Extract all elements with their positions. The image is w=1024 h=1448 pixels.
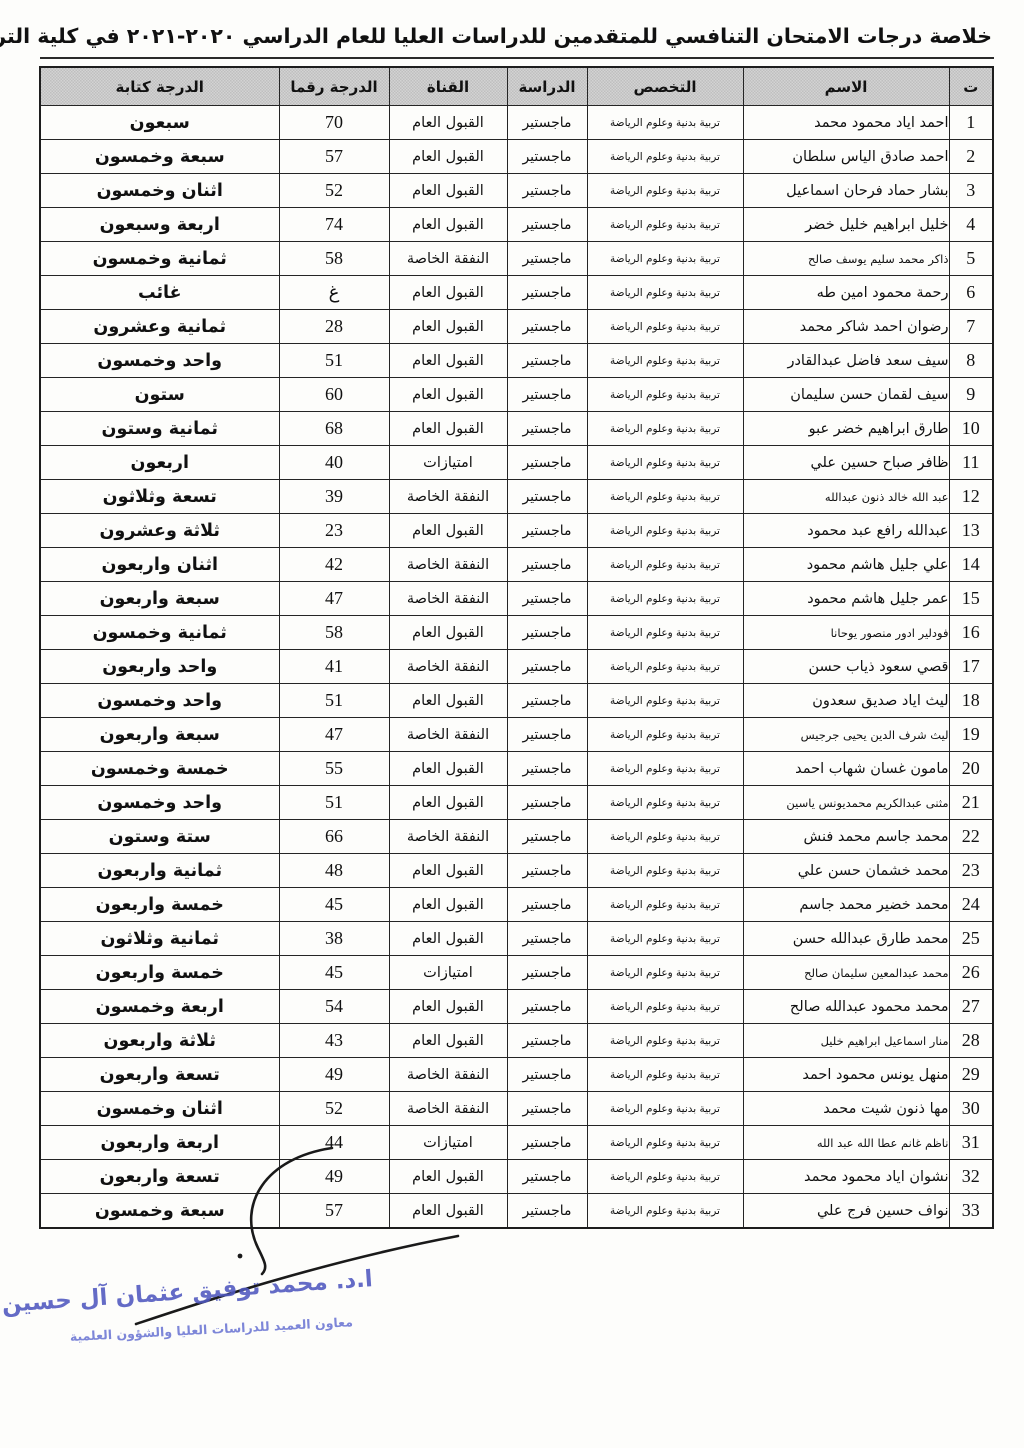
cell-row-number: 22 [949,820,993,854]
cell-channel: القبول العام [389,174,507,208]
cell-specialization: تربية بدنية وعلوم الرياضة [587,786,743,820]
cell-specialization: تربية بدنية وعلوم الرياضة [587,956,743,990]
cell-score-words: ثمانية وخمسون [40,616,279,650]
cell-score-words: ثمانية وخمسون [40,242,279,276]
cell-specialization: تربية بدنية وعلوم الرياضة [587,106,743,140]
cell-name: طارق ابراهيم خضر عبو [743,412,949,446]
cell-channel: النفقة الخاصة [389,548,507,582]
cell-row-number: 16 [949,616,993,650]
cell-name: ليث اياد صديق سعدون [743,684,949,718]
cell-name: محمد محمود عبدالله صالح [743,990,949,1024]
cell-row-number: 30 [949,1092,993,1126]
cell-name: خليل ابراهيم خليل خضر [743,208,949,242]
cell-name: احمد اياد محمود محمد [743,106,949,140]
document-title: خلاصة درجات الامتحان التنافسي للمتقدمين … [42,24,992,48]
cell-score-words: تسعة واربعون [40,1160,279,1194]
table-row: 29 منهل يونس محمود احمد تربية بدنية وعلو… [40,1058,993,1092]
cell-score-number: 41 [279,650,389,684]
cell-score-words: اربعون [40,446,279,480]
cell-row-number: 25 [949,922,993,956]
cell-channel: القبول العام [389,106,507,140]
col-header-name: الاسم [743,67,949,106]
cell-name: منهل يونس محمود احمد [743,1058,949,1092]
cell-row-number: 3 [949,174,993,208]
cell-score-words: واحد وخمسون [40,684,279,718]
cell-channel: النفقة الخاصة [389,242,507,276]
cell-score-words: سبعة واربعون [40,582,279,616]
cell-specialization: تربية بدنية وعلوم الرياضة [587,310,743,344]
cell-name: مها ذنون شيت محمد [743,1092,949,1126]
cell-score-number: 57 [279,1194,389,1229]
cell-name: منار اسماعيل ابراهيم خليل [743,1024,949,1058]
table-row: 11 ظافر صباح حسين علي تربية بدنية وعلوم … [40,446,993,480]
cell-channel: النفقة الخاصة [389,480,507,514]
cell-degree: ماجستير [507,752,587,786]
cell-score-words: ثلاثة وعشرون [40,514,279,548]
cell-specialization: تربية بدنية وعلوم الرياضة [587,684,743,718]
cell-name: محمد عبدالمعين سليمان صالح [743,956,949,990]
cell-degree: ماجستير [507,820,587,854]
cell-score-words: ستون [40,378,279,412]
cell-degree: ماجستير [507,616,587,650]
cell-row-number: 5 [949,242,993,276]
cell-channel: القبول العام [389,616,507,650]
cell-score-number: 23 [279,514,389,548]
cell-specialization: تربية بدنية وعلوم الرياضة [587,1058,743,1092]
cell-score-number: 57 [279,140,389,174]
cell-degree: ماجستير [507,888,587,922]
cell-score-number: 28 [279,310,389,344]
cell-score-words: اثنان وخمسون [40,174,279,208]
table-row: 27 محمد محمود عبدالله صالح تربية بدنية و… [40,990,993,1024]
cell-specialization: تربية بدنية وعلوم الرياضة [587,208,743,242]
cell-score-number: 68 [279,412,389,446]
cell-row-number: 1 [949,106,993,140]
cell-score-number: 44 [279,1126,389,1160]
cell-specialization: تربية بدنية وعلوم الرياضة [587,174,743,208]
title-underline: خلاصة درجات الامتحان التنافسي للمتقدمين … [40,22,994,59]
cell-specialization: تربية بدنية وعلوم الرياضة [587,990,743,1024]
table-row: 13 عبدالله رافع عبد محمود تربية بدنية وع… [40,514,993,548]
cell-degree: ماجستير [507,1024,587,1058]
cell-specialization: تربية بدنية وعلوم الرياضة [587,446,743,480]
cell-specialization: تربية بدنية وعلوم الرياضة [587,922,743,956]
cell-degree: ماجستير [507,854,587,888]
cell-degree: ماجستير [507,990,587,1024]
cell-channel: القبول العام [389,344,507,378]
cell-degree: ماجستير [507,718,587,752]
cell-score-words: واحد وخمسون [40,786,279,820]
cell-score-number: 42 [279,548,389,582]
cell-specialization: تربية بدنية وعلوم الرياضة [587,140,743,174]
cell-score-words: سبعة وخمسون [40,1194,279,1229]
cell-specialization: تربية بدنية وعلوم الرياضة [587,514,743,548]
cell-row-number: 23 [949,854,993,888]
table-row: 1 احمد اياد محمود محمد تربية بدنية وعلوم… [40,106,993,140]
table-row: 31 ناظم غانم عطا الله عبد الله تربية بدن… [40,1126,993,1160]
cell-specialization: تربية بدنية وعلوم الرياضة [587,1194,743,1229]
cell-degree: ماجستير [507,446,587,480]
cell-name: عبدالله رافع عبد محمود [743,514,949,548]
cell-score-number: غ [279,276,389,310]
table-row: 4 خليل ابراهيم خليل خضر تربية بدنية وعلو… [40,208,993,242]
cell-degree: ماجستير [507,582,587,616]
table-row: 30 مها ذنون شيت محمد تربية بدنية وعلوم ا… [40,1092,993,1126]
cell-name: ليث شرف الدين يحيى جرجيس [743,718,949,752]
cell-score-number: 51 [279,786,389,820]
cell-channel: القبول العام [389,854,507,888]
cell-channel: القبول العام [389,514,507,548]
cell-score-words: ثلاثة واربعون [40,1024,279,1058]
cell-channel: النفقة الخاصة [389,650,507,684]
table-row: 15 عمر جليل هاشم محمود تربية بدنية وعلوم… [40,582,993,616]
table-row: 22 محمد جاسم محمد فنش تربية بدنية وعلوم … [40,820,993,854]
cell-name: محمد خشمان حسن علي [743,854,949,888]
cell-score-number: 47 [279,582,389,616]
cell-channel: النفقة الخاصة [389,1058,507,1092]
cell-score-number: 39 [279,480,389,514]
cell-degree: ماجستير [507,1058,587,1092]
cell-row-number: 29 [949,1058,993,1092]
cell-name: سيف لقمان حسن سليمان [743,378,949,412]
cell-specialization: تربية بدنية وعلوم الرياضة [587,888,743,922]
cell-specialization: تربية بدنية وعلوم الرياضة [587,854,743,888]
cell-score-number: 66 [279,820,389,854]
page: خلاصة درجات الامتحان التنافسي للمتقدمين … [0,0,1024,1448]
results-table-body: 1 احمد اياد محمود محمد تربية بدنية وعلوم… [40,106,993,1229]
table-row: 7 رضوان احمد شاكر محمد تربية بدنية وعلوم… [40,310,993,344]
cell-row-number: 31 [949,1126,993,1160]
cell-degree: ماجستير [507,650,587,684]
cell-score-words: اربعة واربعون [40,1126,279,1160]
cell-channel: القبول العام [389,752,507,786]
cell-name: رضوان احمد شاكر محمد [743,310,949,344]
cell-score-number: 54 [279,990,389,1024]
table-row: 19 ليث شرف الدين يحيى جرجيس تربية بدنية … [40,718,993,752]
cell-score-words: ستة وستون [40,820,279,854]
cell-degree: ماجستير [507,1126,587,1160]
cell-specialization: تربية بدنية وعلوم الرياضة [587,548,743,582]
cell-degree: ماجستير [507,514,587,548]
cell-row-number: 28 [949,1024,993,1058]
cell-specialization: تربية بدنية وعلوم الرياضة [587,344,743,378]
cell-specialization: تربية بدنية وعلوم الرياضة [587,650,743,684]
cell-score-number: 74 [279,208,389,242]
content-area: خلاصة درجات الامتحان التنافسي للمتقدمين … [0,0,1024,1229]
table-row: 10 طارق ابراهيم خضر عبو تربية بدنية وعلو… [40,412,993,446]
cell-degree: ماجستير [507,480,587,514]
cell-specialization: تربية بدنية وعلوم الرياضة [587,480,743,514]
cell-score-words: خمسة واربعون [40,888,279,922]
header-row: ت الاسم التخصص الدراسة القناة الدرجة رقم… [40,67,993,106]
cell-score-words: ثمانية وستون [40,412,279,446]
cell-name: فودلير ادور منصور يوحانا [743,616,949,650]
cell-degree: ماجستير [507,276,587,310]
cell-score-number: 48 [279,854,389,888]
cell-specialization: تربية بدنية وعلوم الرياضة [587,616,743,650]
cell-specialization: تربية بدنية وعلوم الرياضة [587,276,743,310]
cell-channel: امتيازات [389,956,507,990]
table-row: 18 ليث اياد صديق سعدون تربية بدنية وعلوم… [40,684,993,718]
cell-name: محمد طارق عبدالله حسن [743,922,949,956]
cell-score-words: سبعة وخمسون [40,140,279,174]
cell-row-number: 17 [949,650,993,684]
cell-channel: النفقة الخاصة [389,582,507,616]
cell-row-number: 9 [949,378,993,412]
cell-channel: القبول العام [389,310,507,344]
table-row: 25 محمد طارق عبدالله حسن تربية بدنية وعل… [40,922,993,956]
cell-row-number: 14 [949,548,993,582]
cell-row-number: 18 [949,684,993,718]
table-row: 2 احمد صادق الياس سلطان تربية بدنية وعلو… [40,140,993,174]
cell-row-number: 6 [949,276,993,310]
cell-channel: القبول العام [389,276,507,310]
results-table: ت الاسم التخصص الدراسة القناة الدرجة رقم… [39,66,994,1229]
table-row: 12 عبد الله خالد ذنون عبدالله تربية بدني… [40,480,993,514]
cell-name: سيف سعد فاضل عبدالقادر [743,344,949,378]
cell-degree: ماجستير [507,786,587,820]
cell-specialization: تربية بدنية وعلوم الرياضة [587,412,743,446]
cell-degree: ماجستير [507,174,587,208]
table-row: 23 محمد خشمان حسن علي تربية بدنية وعلوم … [40,854,993,888]
cell-score-words: تسعة واربعون [40,1058,279,1092]
cell-score-words: خمسة وخمسون [40,752,279,786]
cell-channel: القبول العام [389,786,507,820]
table-row: 26 محمد عبدالمعين سليمان صالح تربية بدني… [40,956,993,990]
cell-score-words: اثنان وخمسون [40,1092,279,1126]
cell-name: عمر جليل هاشم محمود [743,582,949,616]
cell-row-number: 26 [949,956,993,990]
cell-name: محمد خضير محمد جاسم [743,888,949,922]
cell-channel: القبول العام [389,922,507,956]
cell-score-number: 38 [279,922,389,956]
cell-degree: ماجستير [507,1194,587,1229]
cell-score-words: اثنان واربعون [40,548,279,582]
cell-row-number: 20 [949,752,993,786]
cell-specialization: تربية بدنية وعلوم الرياضة [587,378,743,412]
cell-score-words: سبعة واربعون [40,718,279,752]
cell-name: بشار حماد فرحان اسماعيل [743,174,949,208]
cell-channel: النفقة الخاصة [389,1092,507,1126]
col-header-score-words: الدرجة كتابة [40,67,279,106]
table-row: 8 سيف سعد فاضل عبدالقادر تربية بدنية وعل… [40,344,993,378]
cell-score-number: 58 [279,616,389,650]
cell-channel: القبول العام [389,1194,507,1229]
cell-specialization: تربية بدنية وعلوم الرياضة [587,242,743,276]
table-row: 21 مثنى عبدالكريم محمديونس ياسين تربية ب… [40,786,993,820]
cell-score-number: 47 [279,718,389,752]
cell-channel: القبول العام [389,412,507,446]
cell-channel: القبول العام [389,990,507,1024]
table-row: 16 فودلير ادور منصور يوحانا تربية بدنية … [40,616,993,650]
cell-row-number: 10 [949,412,993,446]
cell-score-number: 40 [279,446,389,480]
col-header-degree: الدراسة [507,67,587,106]
cell-row-number: 13 [949,514,993,548]
cell-name: ظافر صباح حسين علي [743,446,949,480]
table-row: 17 قصي سعود ذياب حسن تربية بدنية وعلوم ا… [40,650,993,684]
cell-score-words: اربعة وسبعون [40,208,279,242]
cell-name: قصي سعود ذياب حسن [743,650,949,684]
cell-specialization: تربية بدنية وعلوم الرياضة [587,1160,743,1194]
cell-score-number: 55 [279,752,389,786]
cell-name: نواف حسين فرج علي [743,1194,949,1229]
cell-score-number: 43 [279,1024,389,1058]
cell-specialization: تربية بدنية وعلوم الرياضة [587,582,743,616]
cell-row-number: 32 [949,1160,993,1194]
cell-score-words: تسعة وثلاثون [40,480,279,514]
cell-row-number: 4 [949,208,993,242]
cell-degree: ماجستير [507,208,587,242]
col-header-score: الدرجة رقما [279,67,389,106]
cell-row-number: 8 [949,344,993,378]
signature-dot [238,1254,243,1259]
cell-degree: ماجستير [507,684,587,718]
cell-channel: القبول العام [389,888,507,922]
cell-score-words: ثمانية وثلاثون [40,922,279,956]
col-header-no: ت [949,67,993,106]
table-row: 5 ذاكر محمد سليم يوسف صالح تربية بدنية و… [40,242,993,276]
table-row: 3 بشار حماد فرحان اسماعيل تربية بدنية وع… [40,174,993,208]
cell-score-words: ثمانية وعشرون [40,310,279,344]
table-row: 6 رحمة محمود امين طه تربية بدنية وعلوم ا… [40,276,993,310]
signature-stamp-role: معاون العميد للدراسات العليا والشؤون الع… [95,1314,353,1342]
table-row: 24 محمد خضير محمد جاسم تربية بدنية وعلوم… [40,888,993,922]
cell-channel: القبول العام [389,140,507,174]
cell-score-number: 70 [279,106,389,140]
cell-degree: ماجستير [507,412,587,446]
cell-score-number: 49 [279,1160,389,1194]
cell-channel: القبول العام [389,208,507,242]
cell-score-words: ثمانية واربعون [40,854,279,888]
cell-row-number: 33 [949,1194,993,1229]
signature-stamp-name: ا.د. محمد توفيق عثمان آل حسين اغا [87,1266,373,1312]
cell-score-words: خمسة واربعون [40,956,279,990]
cell-score-words: سبعون [40,106,279,140]
cell-score-number: 52 [279,1092,389,1126]
cell-row-number: 21 [949,786,993,820]
cell-channel: النفقة الخاصة [389,820,507,854]
cell-row-number: 2 [949,140,993,174]
table-row: 33 نواف حسين فرج علي تربية بدنية وعلوم ا… [40,1194,993,1229]
cell-name: احمد صادق الياس سلطان [743,140,949,174]
table-row: 28 منار اسماعيل ابراهيم خليل تربية بدنية… [40,1024,993,1058]
cell-name: مامون غسان شهاب احمد [743,752,949,786]
cell-name: رحمة محمود امين طه [743,276,949,310]
cell-name: نشوان اياد محمود محمد [743,1160,949,1194]
cell-score-words: اربعة وخمسون [40,990,279,1024]
cell-row-number: 27 [949,990,993,1024]
cell-channel: القبول العام [389,1160,507,1194]
cell-specialization: تربية بدنية وعلوم الرياضة [587,1092,743,1126]
cell-name: عبد الله خالد ذنون عبدالله [743,480,949,514]
cell-score-number: 60 [279,378,389,412]
cell-score-words: غائب [40,276,279,310]
cell-degree: ماجستير [507,106,587,140]
cell-degree: ماجستير [507,956,587,990]
cell-specialization: تربية بدنية وعلوم الرياضة [587,718,743,752]
cell-row-number: 7 [949,310,993,344]
cell-specialization: تربية بدنية وعلوم الرياضة [587,1024,743,1058]
cell-row-number: 11 [949,446,993,480]
cell-score-number: 51 [279,344,389,378]
cell-specialization: تربية بدنية وعلوم الرياضة [587,752,743,786]
cell-degree: ماجستير [507,242,587,276]
cell-row-number: 19 [949,718,993,752]
cell-score-number: 52 [279,174,389,208]
cell-degree: ماجستير [507,344,587,378]
cell-row-number: 15 [949,582,993,616]
cell-degree: ماجستير [507,548,587,582]
cell-specialization: تربية بدنية وعلوم الرياضة [587,820,743,854]
table-row: 14 علي جليل هاشم محمود تربية بدنية وعلوم… [40,548,993,582]
cell-degree: ماجستير [507,140,587,174]
cell-row-number: 12 [949,480,993,514]
cell-name: علي جليل هاشم محمود [743,548,949,582]
cell-channel: امتيازات [389,1126,507,1160]
cell-name: ذاكر محمد سليم يوسف صالح [743,242,949,276]
cell-channel: القبول العام [389,378,507,412]
cell-channel: النفقة الخاصة [389,718,507,752]
cell-degree: ماجستير [507,378,587,412]
col-header-channel: القناة [389,67,507,106]
cell-score-number: 58 [279,242,389,276]
cell-degree: ماجستير [507,1160,587,1194]
cell-score-number: 45 [279,956,389,990]
cell-specialization: تربية بدنية وعلوم الرياضة [587,1126,743,1160]
cell-degree: ماجستير [507,1092,587,1126]
col-header-major: التخصص [587,67,743,106]
cell-row-number: 24 [949,888,993,922]
cell-degree: ماجستير [507,310,587,344]
cell-channel: القبول العام [389,684,507,718]
table-row: 9 سيف لقمان حسن سليمان تربية بدنية وعلوم… [40,378,993,412]
cell-name: محمد جاسم محمد فنش [743,820,949,854]
cell-score-number: 49 [279,1058,389,1092]
cell-name: ناظم غانم عطا الله عبد الله [743,1126,949,1160]
cell-degree: ماجستير [507,922,587,956]
cell-score-words: واحد واربعون [40,650,279,684]
table-row: 32 نشوان اياد محمود محمد تربية بدنية وعل… [40,1160,993,1194]
cell-score-number: 51 [279,684,389,718]
cell-name: مثنى عبدالكريم محمديونس ياسين [743,786,949,820]
cell-score-words: واحد وخمسون [40,344,279,378]
cell-channel: القبول العام [389,1024,507,1058]
cell-score-number: 45 [279,888,389,922]
cell-channel: امتيازات [389,446,507,480]
table-row: 20 مامون غسان شهاب احمد تربية بدنية وعلو… [40,752,993,786]
